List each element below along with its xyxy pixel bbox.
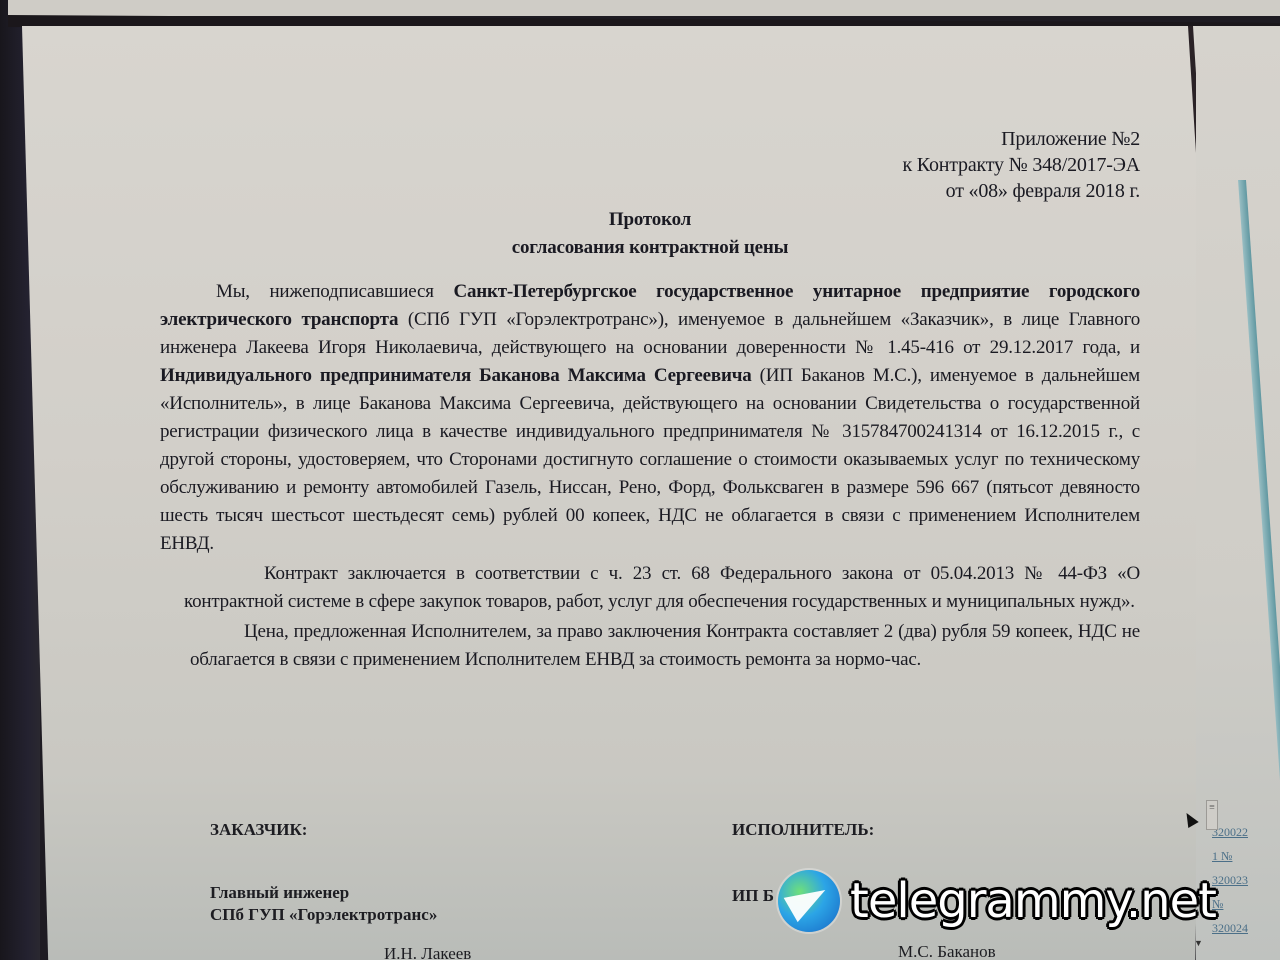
contractor-heading: ИСПОЛНИТЕЛЬ:	[732, 820, 874, 840]
toolbar-strip	[8, 0, 1280, 16]
para2-text: Контракт заключается в соответствии с ч.…	[160, 560, 1140, 616]
paragraph-parties: Мы, нижеподписавшиеся Санкт-Петербургско…	[160, 278, 1140, 558]
document-title: Протокол согласования контрактной цены	[160, 206, 1140, 262]
para1-text-3: (ИП Баканов М.С.), именуемое в дальнейше…	[160, 365, 1140, 554]
para1-text-1: Мы, нижеподписавшиеся	[216, 281, 453, 302]
customer-role: Главный инженер СПб ГУП «Горэлектротранс…	[210, 882, 437, 926]
customer-signatory-name: И.Н. Лакеев	[384, 944, 471, 960]
contractor-name: Индивидуального предпринимателя Баканова…	[160, 365, 752, 386]
contractor-signatory-name: М.С. Баканов	[898, 942, 996, 960]
watermark: telegrammy.net	[778, 866, 1216, 936]
contractor-signature-block: ИСПОЛНИТЕЛЬ:	[732, 820, 874, 840]
title-line-2: согласования контрактной цены	[160, 234, 1140, 262]
document-body: Приложение №2 к Контракту № 348/2017-ЭА …	[160, 126, 1140, 674]
contract-reference: к Контракту № 348/2017-ЭА	[160, 152, 1140, 178]
customer-heading: ЗАКАЗЧИК:	[210, 820, 437, 840]
paragraph-legal-basis: Контракт заключается в соответствии с ч.…	[160, 560, 1140, 616]
telegram-globe-icon	[778, 870, 840, 932]
title-line-1: Протокол	[160, 206, 1140, 234]
scroll-down-arrow-icon[interactable]: ▼	[1194, 938, 1203, 948]
customer-role-line-2: СПб ГУП «Горэлектротранс»	[210, 904, 437, 926]
contractor-role: ИП Б	[732, 886, 774, 906]
scrollbar-thumb[interactable]: ≡	[1206, 800, 1218, 830]
paragraph-price: Цена, предложенная Исполнителем, за прав…	[160, 618, 1140, 674]
customer-signature-block: ЗАКАЗЧИК: Главный инженер СПб ГУП «Горэл…	[210, 820, 437, 926]
appendix-number: Приложение №2	[160, 126, 1140, 152]
para3-text: Цена, предложенная Исполнителем, за прав…	[160, 618, 1140, 674]
appendix-header: Приложение №2 к Контракту № 348/2017-ЭА …	[160, 126, 1140, 204]
contract-date: от «08» февраля 2018 г.	[160, 178, 1140, 204]
photo-of-screen: 320022 1 № 320023 № 320024 Приложение №2…	[0, 0, 1280, 960]
customer-role-line-1: Главный инженер	[210, 882, 437, 904]
paper-plane-icon	[784, 878, 833, 922]
watermark-text: telegrammy.net	[850, 873, 1216, 929]
